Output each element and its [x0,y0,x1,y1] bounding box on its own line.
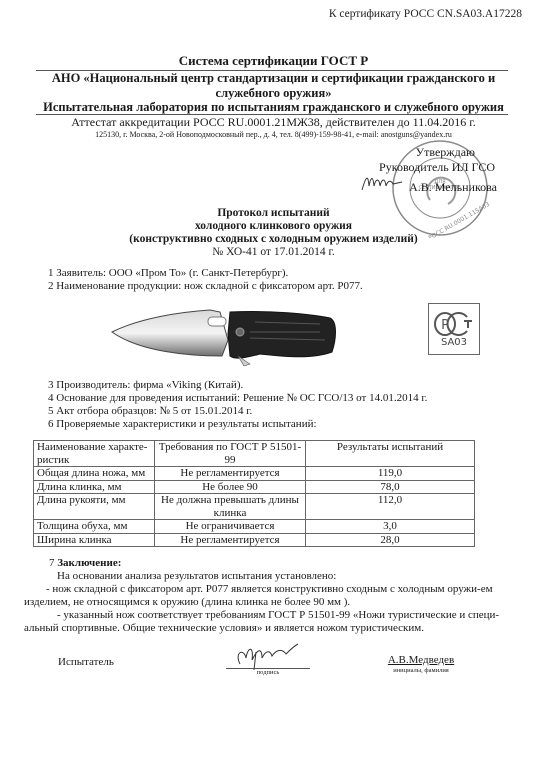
table-cell: Ширина клинка [34,533,155,547]
conclusion-heading: 7 Заключение: [24,557,504,570]
results-table: Наименование характе-ристик Требования п… [33,440,475,547]
table-header: Результаты испытаний [306,441,475,467]
laboratory-title: Испытательная лаборатория по испытаниям … [0,100,547,115]
approval-block: Утверждаю Руководитель ИЛ ГСО А.В. Мельн… [330,145,505,195]
protocol-title-line-3: (конструктивно сходных с холодным оружие… [0,233,547,246]
table-cell: Не регламентируется [155,533,306,547]
table-cell: 112,0 [306,494,475,520]
item-sampling-act: 5 Акт отбора образцов: № 5 от 15.01.2014… [48,405,427,418]
approve-label: Утверждаю [330,145,505,160]
table-row: Длина рукояти, мм Не должна превышать дл… [34,494,475,520]
table-cell: 119,0 [306,467,475,481]
conclusion-heading-text: Заключение: [57,557,121,569]
table-cell: 28,0 [306,533,475,547]
protocol-title-line-1: Протокол испытаний [0,207,547,220]
conclusion-point-2: - указанный нож соответствует требования… [24,609,504,635]
organization-line-2: служебного оружия» [0,86,547,101]
table-cell: Не более 90 [155,480,306,494]
table-cell: Длина клинка, мм [34,480,155,494]
tester-name: А.В.Медведев [386,654,456,666]
item-characteristics: 6 Проверяемые характеристики и результат… [48,418,427,431]
table-row: Ширина клинка Не регламентируется 28,0 [34,533,475,547]
item-applicant: 1 Заявитель: ООО «Пром То» (г. Санкт-Пет… [48,267,363,280]
item-test-basis: 4 Основание для проведения испытаний: Ре… [48,392,427,405]
table-cell: 3,0 [306,520,475,534]
table-cell: Не регламентируется [155,467,306,481]
protocol-title-line-2: холодного клинкового оружия [0,220,547,233]
conclusion-section: 7 Заключение: На основании анализа резул… [24,557,504,635]
applicant-info: 1 Заявитель: ООО «Пром То» (г. Санкт-Пет… [48,267,363,293]
gost-mark-code: SA03 [429,337,479,348]
item-manufacturer: 3 Производитель: фирма «Viking (Китай). [48,379,427,392]
organization-line-1: АНО «Национальный центр стандартизации и… [0,71,547,86]
organization-name: АНО «Национальный центр стандартизации и… [0,71,547,100]
system-title: Система сертификации ГОСТ Р [0,53,547,69]
table-row: Длина клинка, мм Не более 90 78,0 [34,480,475,494]
protocol-number: № ХО-41 от 17.01.2014 г. [0,246,547,259]
table-cell: Не должна превышать длины клинка [155,494,306,520]
conclusion-intro: На основании анализа результатов испытан… [24,570,504,583]
accreditation-line: Аттестат аккредитации РОСС RU.0001.21МЖ3… [0,115,547,130]
gost-conformity-mark: P SA03 [428,303,480,355]
protocol-title: Протокол испытаний холодного клинкового … [0,207,547,259]
tester-name-caption: инициалы, фамилия [386,667,456,674]
test-details: 3 Производитель: фирма «Viking (Китай). … [48,379,427,431]
table-row: Толщина обуха, мм Не ограничивается 3,0 [34,520,475,534]
table-header: Требования по ГОСТ Р 51501-99 [155,441,306,467]
certificate-reference: К сертификату РОСС CN.SA03.A17228 [0,8,522,20]
signature-icon [360,172,404,192]
item-product-name: 2 Наименование продукции: нож складной с… [48,280,363,293]
approver-name: А.В. Мельникова [330,180,505,195]
signature-caption: подпись [226,669,310,676]
table-cell: Общая длина ножа, мм [34,467,155,481]
table-header: Наименование характе-ристик [34,441,155,467]
table-cell: Длина рукояти, мм [34,494,155,520]
table-cell: 78,0 [306,480,475,494]
table-header-row: Наименование характе-ристик Требования п… [34,441,475,467]
conclusion-point-1: - нож складной с фиксатором арт. Р077 яв… [24,583,504,609]
tester-role: Испытатель [58,656,114,668]
table-cell: Не ограничивается [155,520,306,534]
knife-image [110,300,340,370]
table-row: Общая длина ножа, мм Не регламентируется… [34,467,475,481]
conclusion-number: 7 [49,557,55,569]
approver-position: Руководитель ИЛ ГСО [330,160,505,175]
table-cell: Толщина обуха, мм [34,520,155,534]
